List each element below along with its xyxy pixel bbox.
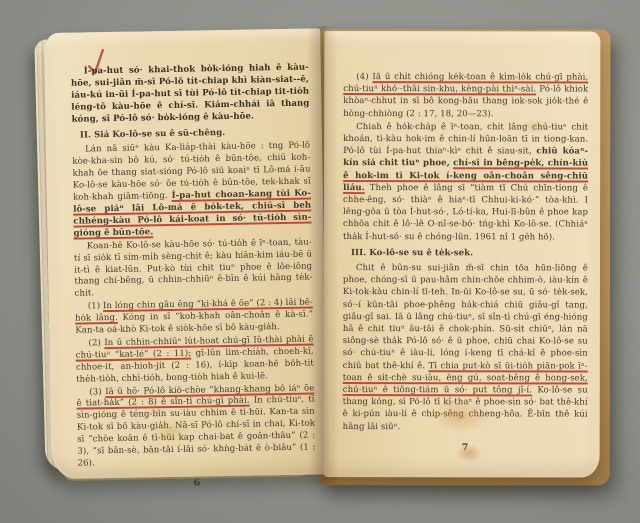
item-3-marker: (3) <box>89 387 105 397</box>
right-page-text: (4) Iā ū chi̍t chióng ke̍k-toan ê kìm-lo… <box>343 71 589 455</box>
left-paragraph-1: Í-pa-hut só· khai-thok bo̍k-ióng hiah ê … <box>71 63 310 127</box>
left-paragraph-2: Lán nā siūⁿ kàu Ka-lia̍p-thài kàu-hōe : … <box>72 141 312 240</box>
left-paragraph-3: Koan-hē Ko-lô-se kàu-hōe só· tú-tio̍h ê … <box>74 237 313 301</box>
left-page-number: 6 <box>78 475 316 491</box>
right-paragraph-2-text-b: Theh phoe ê lâng sī “tiàm tī Chú chīn-ti… <box>343 183 588 242</box>
item-1-marker: (1) <box>88 301 103 311</box>
photo-of-open-book: Í-pa-hut só· khai-thok bo̍k-ióng hiah ê … <box>0 0 640 523</box>
left-page: Í-pa-hut só· khai-thok bo̍k-ióng hiah ê … <box>44 28 328 479</box>
right-page-number: 7 <box>343 442 588 455</box>
item-4-marker: (4) <box>356 72 372 82</box>
right-section-heading: III. Ko-lô-se su ê te̍k-sek. <box>351 247 588 260</box>
left-section-heading: II. Siá Ko-lô-se su ê sū-chêng. <box>80 126 310 142</box>
right-paragraph-2: Chiah ê ho̍k-cha̍p ê īⁿ-toan, chi̍t lâng… <box>343 121 588 243</box>
left-page-text: Í-pa-hut só· khai-thok bo̍k-ióng hiah ê … <box>71 63 316 492</box>
book: Í-pa-hut só· khai-thok bo̍k-ióng hiah ê … <box>0 0 640 523</box>
right-page: (4) Iā ū chi̍t chióng ke̍k-toan ê kìm-lo… <box>324 31 601 477</box>
right-list-item-4: (4) Iā ū chi̍t chióng ke̍k-toan ê kìm-lo… <box>343 71 588 120</box>
left-list-item-1: (1) In lóng chin gâu ēng “ki-khá ê ōe” (… <box>75 298 314 338</box>
right-paragraph-3-text-a: Chit ê bûn-su sui-jiân m̄-sī chin tōa hū… <box>343 263 588 371</box>
left-list-item-2: (2) In ū chhin-chhiūⁿ lu̍t-hoat chú-gī I… <box>75 334 314 386</box>
item-2-marker: (2) <box>88 338 104 348</box>
right-paragraph-3: Chit ê bûn-su sui-jiân m̄-sī chin tōa hū… <box>343 262 588 433</box>
left-list-item-3: (3) Iā ū hō· Pó-lô kiò-chòe “khang-khang… <box>76 383 315 470</box>
